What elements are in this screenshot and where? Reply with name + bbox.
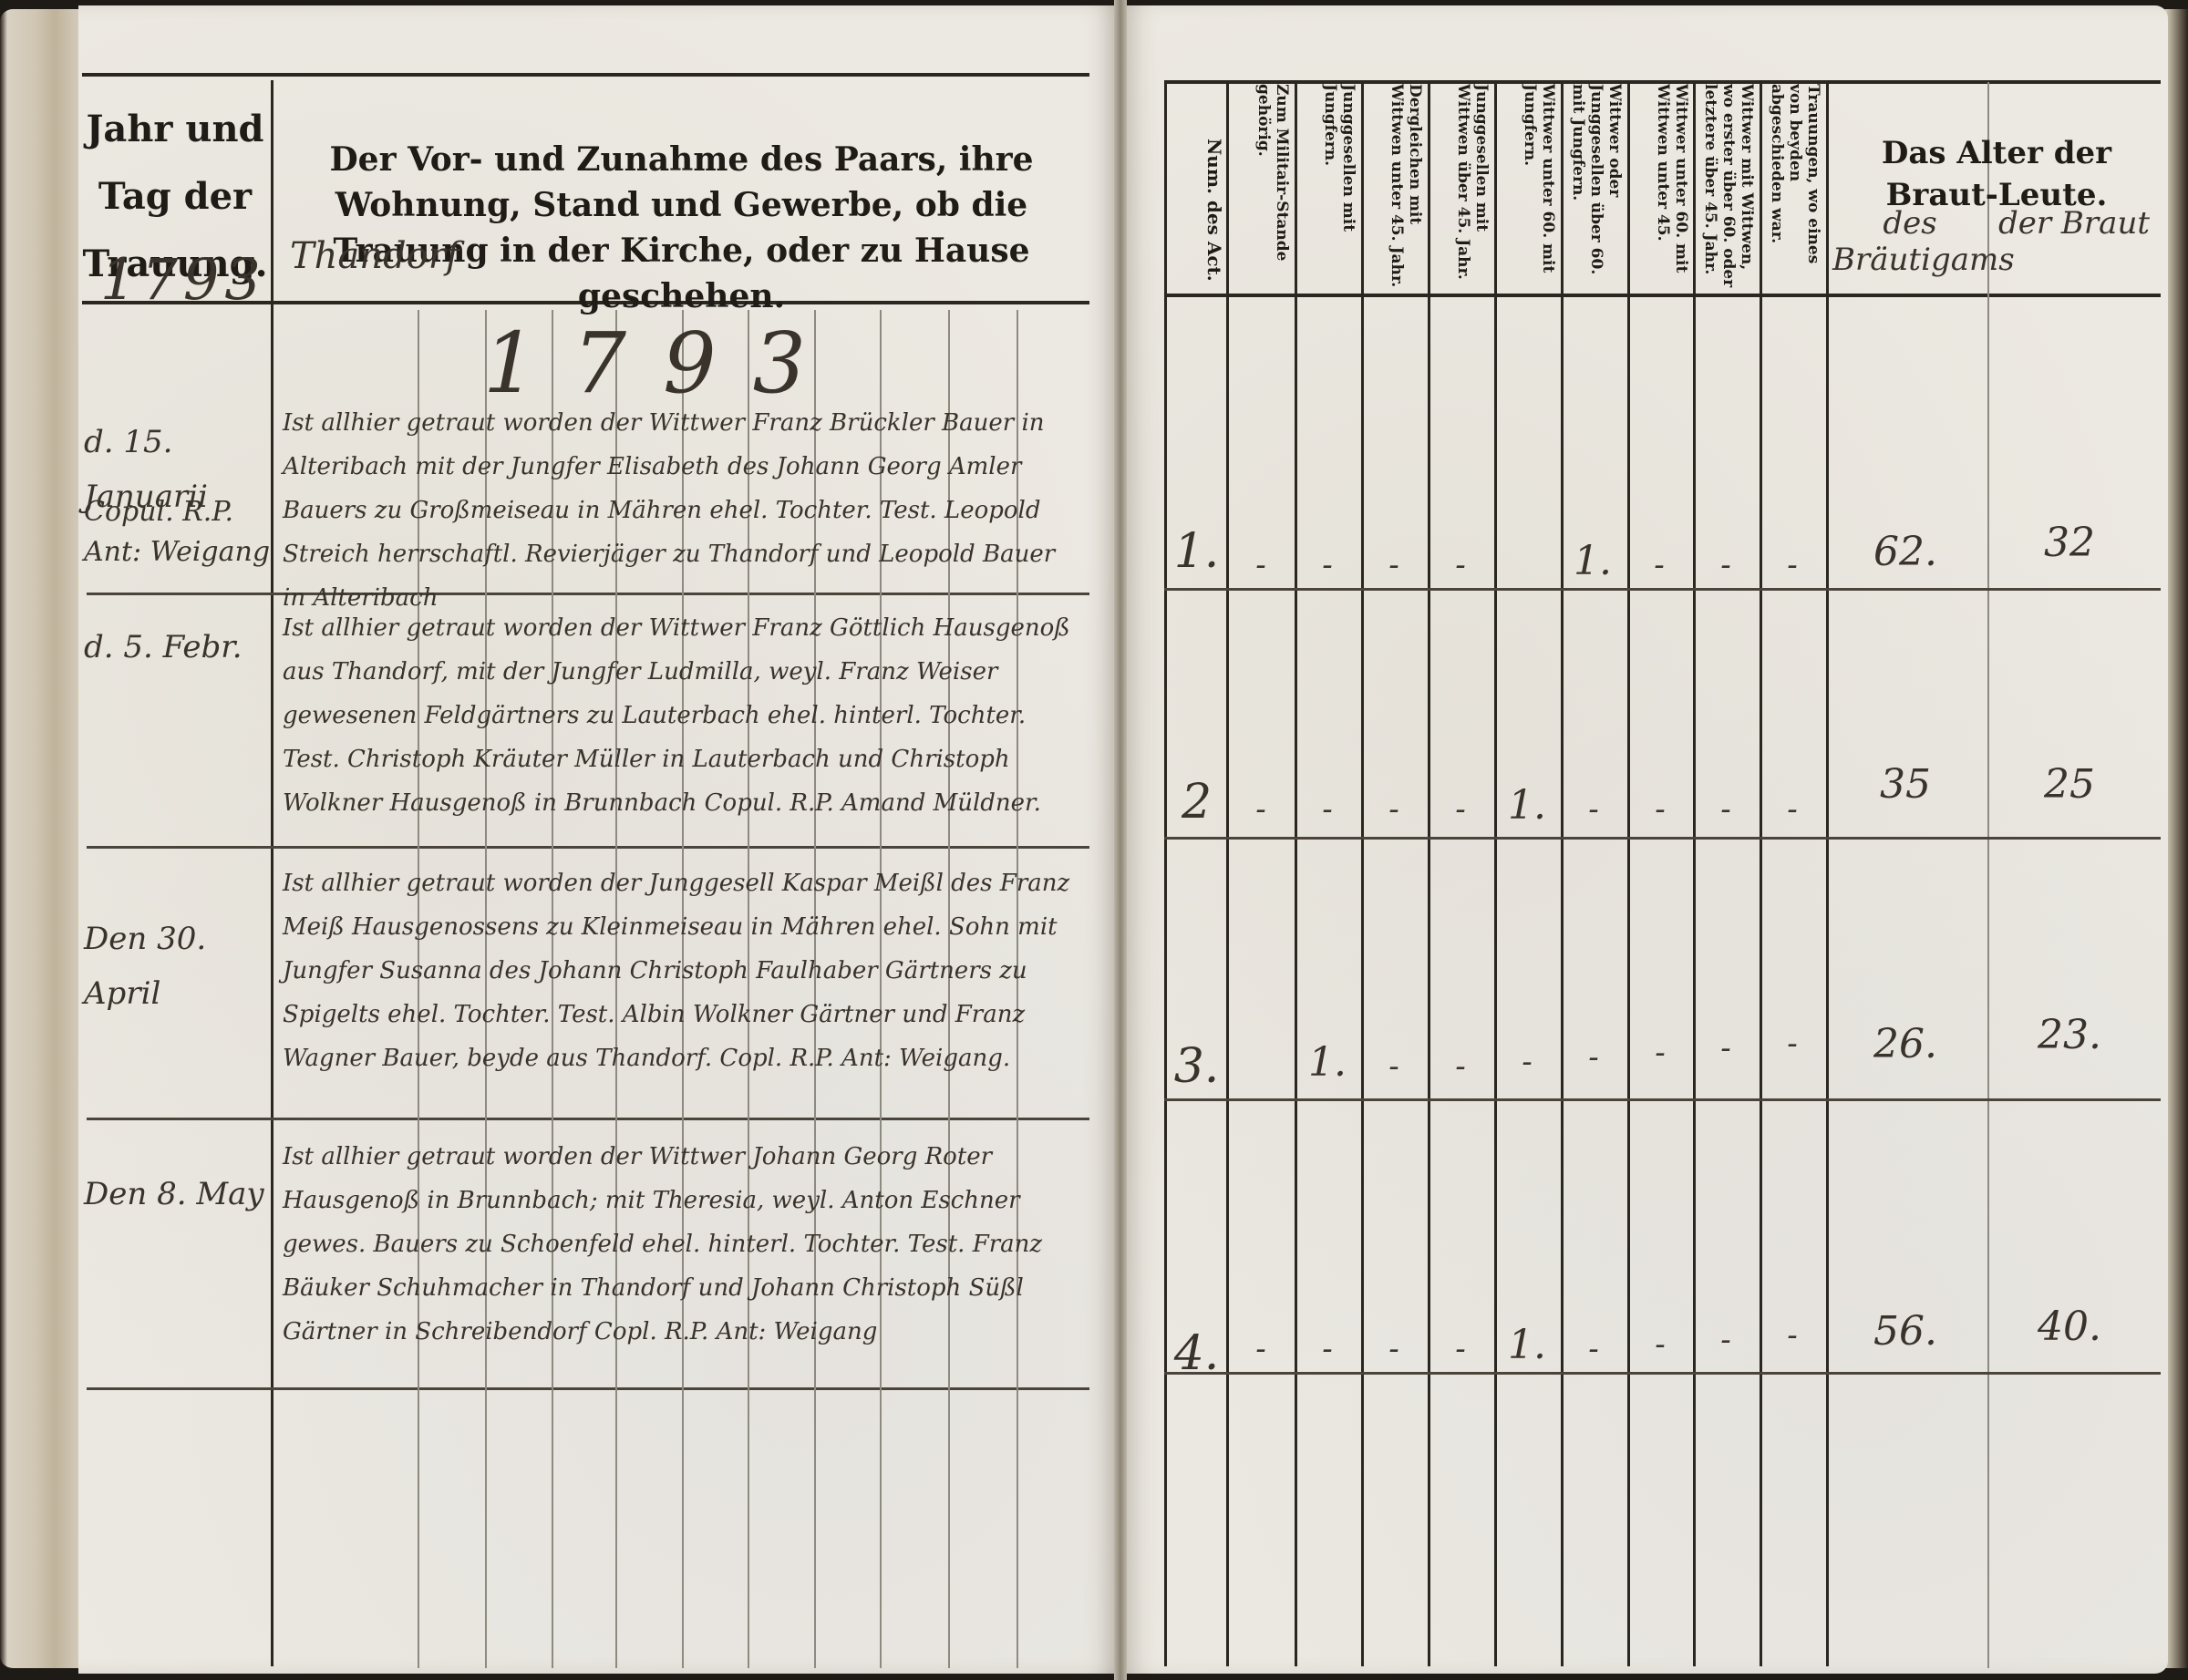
entry-4-text: Ist allhier getraut worden der Wittwer J…	[283, 1135, 1085, 1354]
row-2-mark: -	[1760, 791, 1824, 828]
col-header-bachelor-maiden: Junggesellen mit Jungfern.	[1299, 84, 1357, 292]
row-3-groom-age: 26.	[1837, 1021, 1974, 1067]
col-header-divorced: Trauungen, wo eines von beyden abgeschie…	[1764, 84, 1822, 292]
row-2-mark: -	[1694, 791, 1758, 828]
col-header-widower-widow-under45: Wittwer unter 60. mit Wittwen unter 45.	[1632, 84, 1690, 292]
age-subheader-bride: der Braut	[1992, 205, 2156, 242]
row-4-mark: -	[1362, 1331, 1426, 1367]
row-2-groom-age: 35	[1837, 761, 1974, 808]
right-table-left-border	[1164, 80, 1167, 1666]
col-header-num: Num. des Act.	[1176, 84, 1223, 346]
year-heading: 1793	[483, 314, 842, 412]
col-header-widower-under60-maiden: Wittwer unter 60. mit Jungfern.	[1499, 84, 1557, 292]
col-divider	[1693, 80, 1696, 1666]
entry-3-text: Ist allhier getraut worden der Junggesel…	[283, 861, 1085, 1080]
row-4-mark: -	[1628, 1326, 1692, 1363]
row-4-mark: -	[1295, 1331, 1359, 1367]
entry-2-date: d. 5. Febr.	[84, 620, 271, 675]
row-2-mark: -	[1628, 791, 1692, 828]
row-separator-3	[1164, 1098, 2161, 1101]
age-subheader-groom: des Bräutigams	[1832, 205, 1987, 278]
row-1-mark: -	[1627, 547, 1691, 583]
row-4-groom-age: 56.	[1837, 1308, 1974, 1355]
row-3-mark: -	[1362, 1048, 1426, 1085]
handwritten-place: Thandorf	[290, 235, 459, 277]
col-header-bachelor-widow-over45: Junggesellen mit Wittwen über 45. Jahr.	[1432, 84, 1491, 292]
row-4-mark: -	[1760, 1317, 1824, 1354]
row-1-mark: -	[1760, 547, 1824, 583]
row-4-num: 4.	[1171, 1326, 1222, 1381]
row-3-mark: -	[1429, 1048, 1492, 1085]
row-2-mark: -	[1229, 791, 1293, 828]
entry-separator-3	[87, 1118, 1089, 1120]
row-4-mark: -	[1562, 1331, 1626, 1367]
age-col-divider	[1987, 82, 1989, 1668]
col-divider	[1428, 80, 1430, 1666]
row-3-bride-age: 23.	[2001, 1012, 2138, 1058]
row-2-mark: -	[1362, 791, 1426, 828]
row-2-mark: -	[1429, 791, 1492, 828]
left-header-top-rule	[82, 73, 1089, 77]
col-header-over60-maiden: Wittwer oder Junggesellen über 60. mit J…	[1565, 84, 1624, 292]
col-header-bachelor-widow-under45: Dergleichen mit Wittwen unter 45. Jahr.	[1366, 84, 1424, 292]
row-1-mark: 1.	[1561, 538, 1625, 584]
row-1-num: 1.	[1171, 524, 1222, 579]
row-2-num: 2	[1171, 775, 1222, 830]
row-2-mark: 1.	[1495, 782, 1559, 829]
row-3-num: 3.	[1171, 1039, 1222, 1094]
row-2-bride-age: 25	[2001, 761, 2138, 808]
row-3-mark: -	[1562, 1039, 1626, 1076]
entry-4-date: Den 8. May	[84, 1167, 271, 1221]
col-divider	[1295, 80, 1297, 1666]
row-1-mark: -	[1295, 547, 1359, 583]
row-2-mark: -	[1562, 791, 1626, 828]
entry-2-text: Ist allhier getraut worden der Wittwer F…	[283, 606, 1085, 825]
row-2-mark: -	[1295, 791, 1359, 828]
open-register-book: Jahr und Tag der Trauung. Der Vor- und Z…	[0, 0, 2188, 1680]
col-divider	[1226, 80, 1229, 1666]
row-1-mark: -	[1694, 547, 1758, 583]
row-4-mark: -	[1429, 1331, 1492, 1367]
row-separator-2	[1164, 837, 2161, 840]
row-1-bride-age: 32	[2001, 520, 2138, 566]
col-divider	[1826, 80, 1829, 1666]
row-4-bride-age: 40.	[2001, 1304, 2138, 1350]
row-4-mark: -	[1229, 1331, 1293, 1367]
col-divider	[1627, 80, 1630, 1666]
row-3-mark: -	[1760, 1026, 1824, 1062]
col-divider	[1760, 80, 1762, 1666]
entry-1-officiant: Copul. R.P. Ant: Weigang	[84, 492, 271, 572]
book-page-edges-left	[0, 9, 82, 1668]
handwritten-year: 1793	[100, 246, 266, 313]
age-header: Das Alter der Braut-Leute.	[1832, 132, 2161, 216]
entry-separator-2	[87, 846, 1089, 849]
row-3-mark: -	[1495, 1044, 1559, 1080]
header-description-column: Der Vor- und Zunahme des Paars, ihre Woh…	[273, 137, 1089, 319]
row-4-mark: -	[1694, 1322, 1758, 1358]
col-header-widower-widow-over: Wittwer mit Wittwen, wo erster über 60. …	[1698, 84, 1756, 292]
row-separator-1	[1164, 588, 2161, 591]
col-divider	[1361, 80, 1364, 1666]
row-separator-4	[1164, 1372, 2161, 1375]
row-1-mark: -	[1229, 547, 1293, 583]
entry-3-date: Den 30. April	[84, 912, 271, 1021]
book-gutter	[1114, 0, 1127, 1680]
row-4-mark: 1.	[1495, 1322, 1559, 1368]
row-3-mark: 1.	[1295, 1039, 1359, 1086]
entry-separator-4	[87, 1387, 1089, 1390]
row-3-mark: -	[1694, 1030, 1758, 1067]
row-1-mark: -	[1362, 547, 1426, 583]
col-header-military: Zum Militair-Stande gehörig.	[1231, 84, 1291, 292]
row-1-mark: -	[1429, 547, 1492, 583]
col-divider	[1561, 80, 1564, 1666]
entry-1-text: Ist allhier getraut worden der Wittwer F…	[283, 401, 1085, 620]
row-1-groom-age: 62.	[1837, 529, 1974, 575]
col-divider	[1494, 80, 1497, 1666]
right-header-bottom-rule	[1164, 294, 2161, 297]
row-3-mark: -	[1628, 1035, 1692, 1071]
